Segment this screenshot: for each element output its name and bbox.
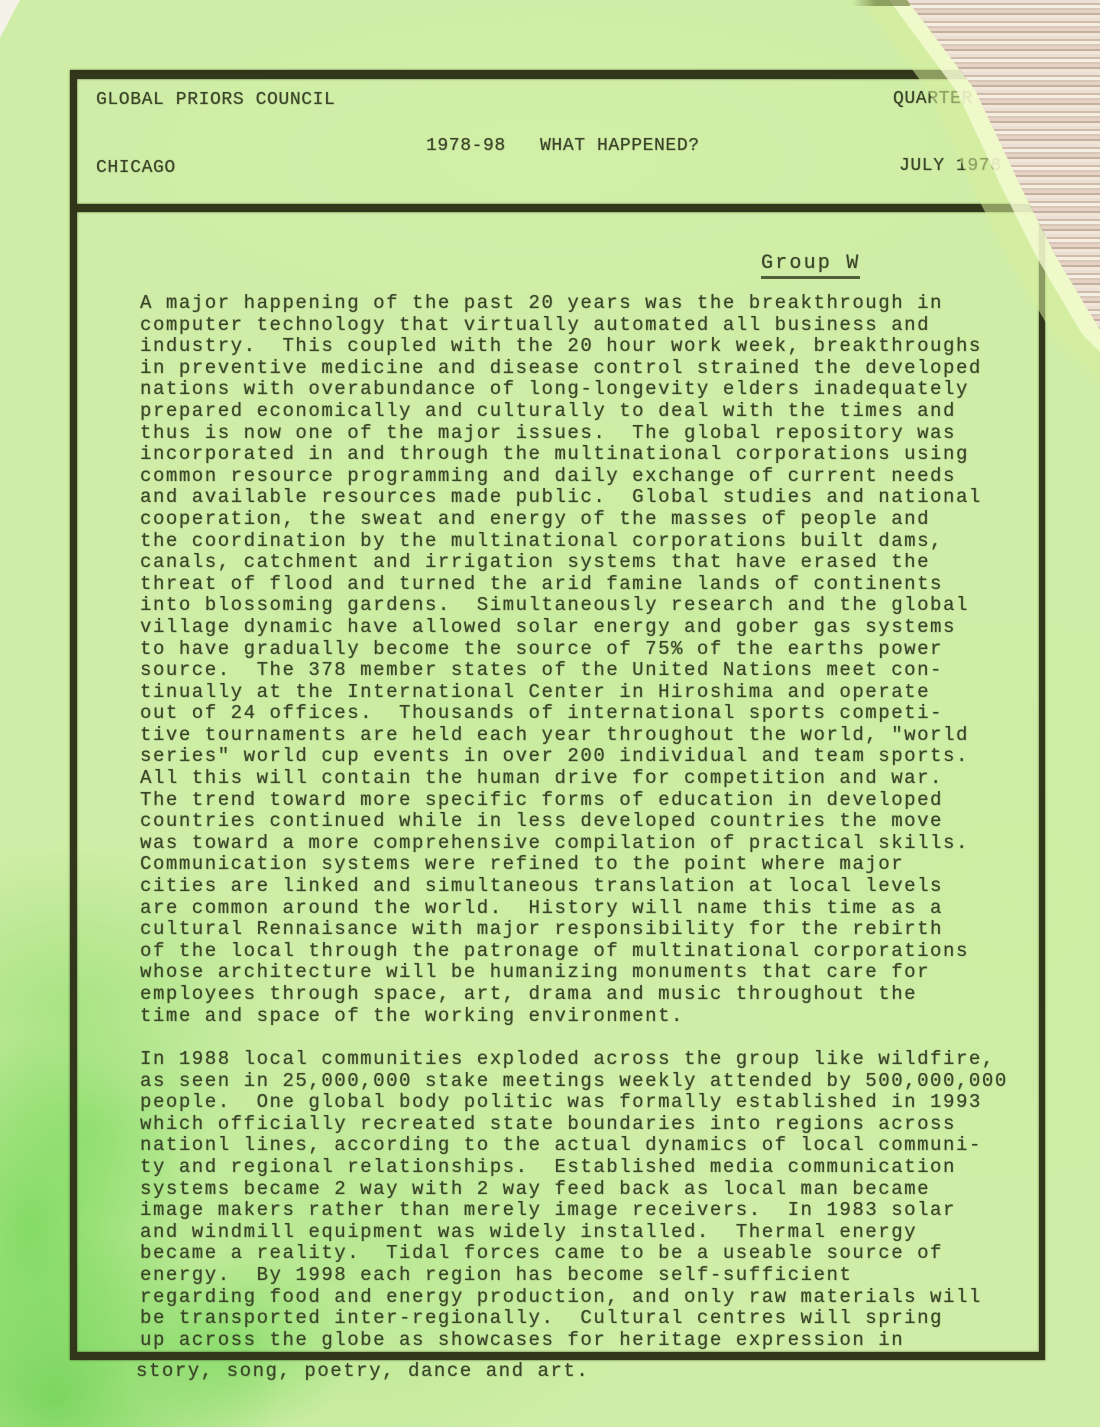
scan-edge-notch — [0, 0, 20, 38]
document-title: 1978-98 WHAT HAPPENED? — [426, 136, 700, 156]
fold-crease-shadow — [852, 0, 910, 6]
scanned-document-page: GLOBAL PRIORS COUNCIL QUARTER 1978-98 WH… — [0, 0, 1100, 1427]
closing-line: story, song, poetry, dance and art. — [136, 1360, 589, 1382]
paragraph-2: In 1988 local communities exploded acros… — [140, 1049, 1008, 1351]
organization-name: GLOBAL PRIORS COUNCIL — [96, 90, 335, 110]
group-heading: Group W — [761, 252, 860, 279]
paragraph-1: A major happening of the past 20 years w… — [140, 293, 982, 1027]
header-divider-line — [76, 204, 1040, 212]
header-location: CHICAGO — [96, 158, 176, 178]
